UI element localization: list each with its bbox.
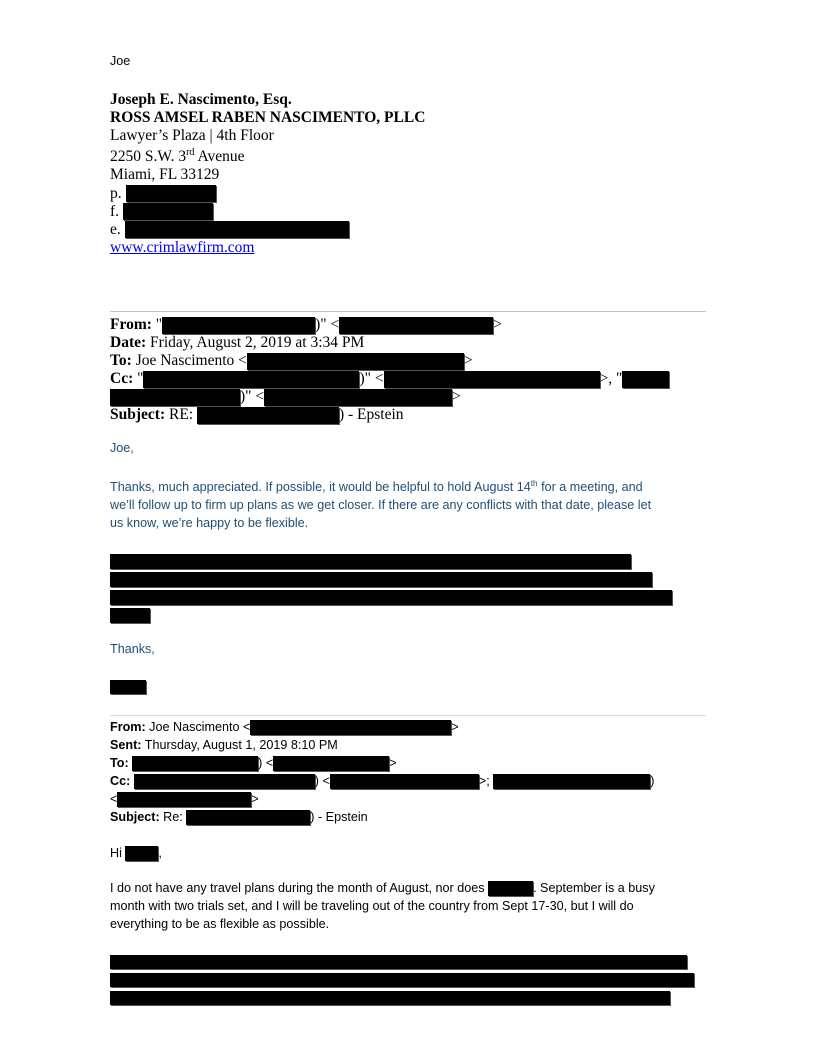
- cc-name-redaction: [143, 371, 359, 388]
- subject-suffix: ) - Epstein: [310, 810, 367, 824]
- cc-label: Cc:: [110, 774, 130, 788]
- message1-from: From: ")" <>: [110, 316, 502, 334]
- message2-cc: Cc: ) <>; ): [110, 774, 654, 789]
- message1-greeting: Joe,: [110, 441, 134, 455]
- subject-label: Subject:: [110, 810, 160, 824]
- para-name-redaction: [488, 881, 533, 896]
- fax-redaction: [123, 203, 213, 220]
- sent-value: Thursday, August 1, 2019 8:10 PM: [141, 738, 337, 752]
- redaction-line: [110, 590, 672, 605]
- message2-to: To: ) <>: [110, 756, 397, 771]
- message2-para-line1: I do not have any travel plans during th…: [110, 881, 655, 896]
- to-email-redaction: [247, 353, 464, 370]
- message1-signer-redaction: [110, 680, 146, 694]
- from-name-redaction: [162, 317, 315, 334]
- message2-greeting: Hi ,: [110, 846, 162, 861]
- redaction-line: [110, 991, 670, 1005]
- street-name: Avenue: [194, 148, 244, 165]
- message1-date: Date: Friday, August 2, 2019 at 3:34 PM: [110, 334, 364, 352]
- cc-paren-close: ): [650, 774, 654, 788]
- email-redaction: [125, 221, 349, 238]
- separator-line: [110, 715, 706, 716]
- from-label: From:: [110, 720, 146, 734]
- website-link[interactable]: www.crimlawfirm.com: [110, 239, 254, 257]
- redaction-line: [110, 955, 687, 969]
- phone-label: p.: [110, 185, 122, 202]
- separator-line: [110, 311, 706, 312]
- cc-label: Cc:: [110, 370, 133, 387]
- redaction-line: [110, 608, 150, 623]
- greeting-text: Hi: [110, 846, 125, 860]
- cc-bracket-open: ) <: [315, 774, 330, 788]
- to-bracket-close: >: [389, 756, 396, 770]
- from-email-redaction: [339, 317, 493, 334]
- from-value: Joe Nascimento <: [146, 720, 251, 734]
- signature-firm: ROSS AMSEL RABEN NASCIMENTO, PLLC: [110, 109, 425, 127]
- cc-quote: ": [133, 370, 143, 387]
- sent-label: Sent:: [110, 738, 141, 752]
- message2-subject: Subject: Re: ) - Epstein: [110, 810, 368, 825]
- cc-email-redaction: [330, 774, 479, 789]
- message1-para-line3: us know, we’re happy to be flexible.: [110, 516, 308, 530]
- ordinal-suffix: th: [531, 479, 538, 488]
- to-value: Joe Nascimento <: [132, 352, 247, 369]
- to-email-redaction: [273, 756, 389, 771]
- from-email-redaction: [250, 720, 451, 735]
- subject-redaction: [186, 810, 310, 825]
- to-bracket-close: >: [464, 352, 473, 369]
- message2-para-line3: everything to be as flexible as possible…: [110, 917, 329, 931]
- from-bracket-close: >: [493, 316, 502, 333]
- street-number: 2250 S.W. 3: [110, 148, 186, 165]
- cc-name-redaction: [134, 774, 315, 789]
- message1-para-line2: we’ll follow up to firm up plans as we g…: [110, 498, 651, 512]
- cc-name2-cont-redaction: [110, 389, 240, 406]
- message1-to: To: Joe Nascimento <>: [110, 352, 473, 370]
- subject-suffix: ) - Epstein: [339, 406, 404, 423]
- redaction-line: [110, 572, 652, 587]
- email-label: e.: [110, 221, 121, 238]
- cc-name2-redaction: [493, 774, 650, 789]
- signature-address-line1: Lawyer’s Plaza | 4th Floor: [110, 127, 274, 145]
- message2-para-line2: month with two trials set, and I will be…: [110, 899, 634, 913]
- message1-subject: Subject: RE: ) - Epstein: [110, 406, 404, 424]
- signature-greeting-name: Joe: [110, 54, 130, 68]
- message2-cc-line2: <>: [110, 792, 259, 807]
- redaction-line: [110, 554, 631, 569]
- date-value: Friday, August 2, 2019 at 3:34 PM: [146, 334, 364, 351]
- cc2-bracket-open: )" <: [240, 388, 264, 405]
- from-bracket-close: >: [451, 720, 458, 734]
- message1-closing: Thanks,: [110, 642, 155, 656]
- cc2-bracket-open: <: [110, 792, 117, 806]
- cc-bracket-open: )" <: [359, 370, 383, 387]
- message1-cc-line2: )" <>: [110, 388, 461, 406]
- subject-label: Subject:: [110, 406, 165, 423]
- to-label: To:: [110, 756, 129, 770]
- date-label: Date:: [110, 334, 146, 351]
- message2-from: From: Joe Nascimento <>: [110, 720, 459, 735]
- cc2-bracket-close: >: [452, 388, 461, 405]
- redaction-line: [110, 973, 694, 987]
- signature-fax: f.: [110, 203, 119, 221]
- cc-email-redaction: [384, 371, 600, 388]
- cc-email2-redaction: [264, 389, 452, 406]
- signature-phone: p.: [110, 185, 122, 203]
- message1-cc: Cc: ")" <>, ": [110, 370, 669, 388]
- subject-prefix: Re:: [160, 810, 187, 824]
- message2-sent: Sent: Thursday, August 1, 2019 8:10 PM: [110, 738, 338, 752]
- para-text: I do not have any travel plans during th…: [110, 881, 488, 895]
- para-text: for a meeting, and: [538, 480, 643, 494]
- phone-redaction: [126, 185, 216, 202]
- subject-prefix: RE:: [165, 406, 197, 423]
- from-label: From:: [110, 316, 152, 333]
- to-bracket-open: ) <: [258, 756, 273, 770]
- para-text: Thanks, much appreciated. If possible, i…: [110, 480, 531, 494]
- signature-address-city: Miami, FL 33129: [110, 166, 219, 184]
- fax-label: f.: [110, 203, 119, 220]
- signature-email: e.: [110, 221, 121, 239]
- signature-address-street: 2250 S.W. 3rd Avenue: [110, 148, 245, 166]
- greeting-name-redaction: [125, 846, 158, 861]
- cc-separator: >;: [479, 774, 493, 788]
- subject-redaction: [197, 407, 339, 424]
- cc-email2-redaction: [117, 792, 251, 807]
- to-name-redaction: [132, 756, 258, 771]
- para-text: . September is a busy: [533, 881, 655, 895]
- message1-para-line1: Thanks, much appreciated. If possible, i…: [110, 480, 643, 494]
- cc-name2-redaction: [622, 371, 669, 388]
- to-label: To:: [110, 352, 132, 369]
- signature-name: Joseph E. Nascimento, Esq.: [110, 91, 292, 109]
- from-quote: ": [152, 316, 162, 333]
- greeting-comma: ,: [158, 846, 162, 860]
- cc-separator: >, ": [600, 370, 623, 387]
- from-bracket-open: )" <: [315, 316, 339, 333]
- cc2-bracket-close: >: [251, 792, 258, 806]
